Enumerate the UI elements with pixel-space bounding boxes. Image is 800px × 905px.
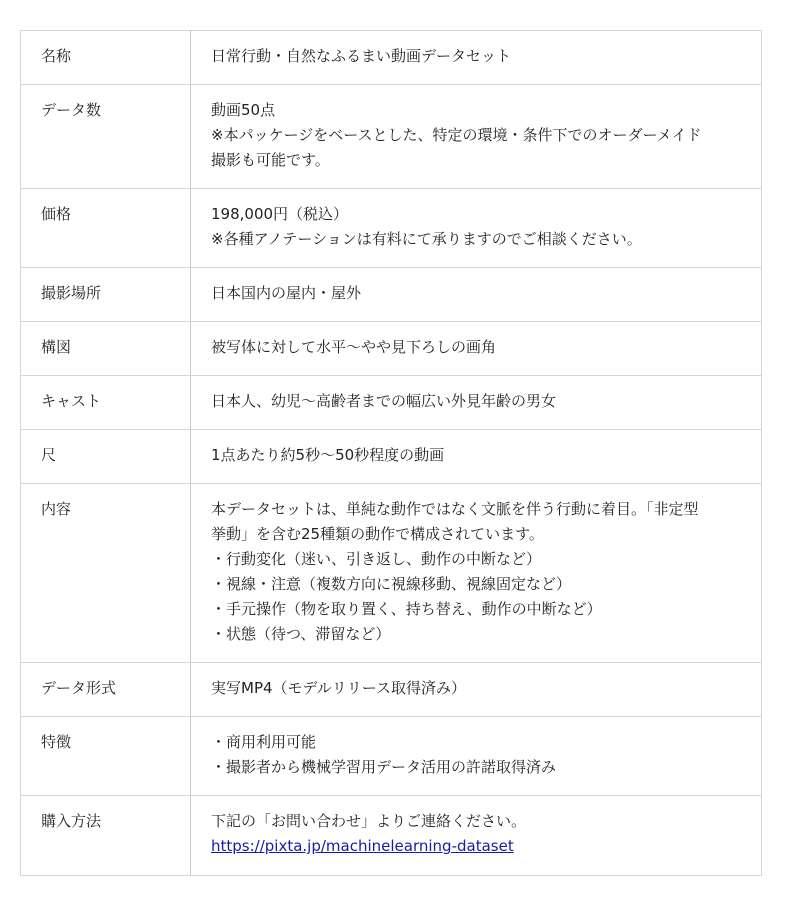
row-label: キャスト [21,376,191,430]
row-value: 本データセットは、単純な動作ではなく文脈を伴う行動に着目。「非定型 挙動」を含む… [191,484,762,663]
value-line: 被写体に対して水平〜やや見下ろしの画角 [211,335,741,360]
table-row-composition: 構図 被写体に対して水平〜やや見下ろしの画角 [21,322,762,376]
table-row-purchase: 購入方法 下記の「お問い合わせ」よりご連絡ください。 https://pixta… [21,796,762,876]
row-value: 日常行動・自然なふるまい動画データセット [191,31,762,85]
value-line: 日常行動・自然なふるまい動画データセット [211,44,741,69]
row-label: 撮影場所 [21,268,191,322]
value-line: ※本パッケージをベースとした、特定の環境・条件下でのオーダーメイド [211,123,741,148]
value-line: ・商用利用可能 [211,730,741,755]
table-row-location: 撮影場所 日本国内の屋内・屋外 [21,268,762,322]
row-label: 名称 [21,31,191,85]
table-row-data-count: データ数 動画50点 ※本パッケージをベースとした、特定の環境・条件下でのオーダ… [21,85,762,189]
value-line: ・行動変化（迷い、引き返し、動作の中断など） [211,547,741,572]
value-line: 日本人、幼児〜高齢者までの幅広い外見年齢の男女 [211,389,741,414]
value-line: ・手元操作（物を取り置く、持ち替え、動作の中断など） [211,597,741,622]
dataset-spec-table: 名称 日常行動・自然なふるまい動画データセット データ数 動画50点 ※本パッケ… [20,30,762,876]
row-label: 構図 [21,322,191,376]
row-label: データ数 [21,85,191,189]
row-value: 198,000円（税込） ※各種アノテーションは有料にて承りますのでご相談くださ… [191,189,762,268]
value-line: 動画50点 [211,98,741,123]
table-row-data-format: データ形式 実写MP4（モデルリリース取得済み） [21,663,762,717]
value-line: ・撮影者から機械学習用データ活用の許諾取得済み [211,755,741,780]
row-value: 被写体に対して水平〜やや見下ろしの画角 [191,322,762,376]
row-value: 1点あたり約5秒〜50秒程度の動画 [191,430,762,484]
value-line: ・視線・注意（複数方向に視線移動、視線固定など） [211,572,741,597]
row-label: 購入方法 [21,796,191,876]
row-value: 実写MP4（モデルリリース取得済み） [191,663,762,717]
row-value: 動画50点 ※本パッケージをベースとした、特定の環境・条件下でのオーダーメイド … [191,85,762,189]
table-row-name: 名称 日常行動・自然なふるまい動画データセット [21,31,762,85]
value-line: 本データセットは、単純な動作ではなく文脈を伴う行動に着目。「非定型 [211,497,741,522]
value-line: ※各種アノテーションは有料にて承りますのでご相談ください。 [211,227,741,252]
row-label: データ形式 [21,663,191,717]
row-label: 特徴 [21,717,191,796]
row-value: 下記の「お問い合わせ」よりご連絡ください。 https://pixta.jp/m… [191,796,762,876]
table-row-content: 内容 本データセットは、単純な動作ではなく文脈を伴う行動に着目。「非定型 挙動」… [21,484,762,663]
value-line: ・状態（待つ、滞留など） [211,622,741,647]
table-row-price: 価格 198,000円（税込） ※各種アノテーションは有料にて承りますのでご相談… [21,189,762,268]
row-label: 価格 [21,189,191,268]
value-line: 1点あたり約5秒〜50秒程度の動画 [211,443,741,468]
table-row-length: 尺 1点あたり約5秒〜50秒程度の動画 [21,430,762,484]
row-value: 日本人、幼児〜高齢者までの幅広い外見年齢の男女 [191,376,762,430]
value-line: 下記の「お問い合わせ」よりご連絡ください。 [211,809,741,834]
value-line: 日本国内の屋内・屋外 [211,281,741,306]
row-value: ・商用利用可能 ・撮影者から機械学習用データ活用の許諾取得済み [191,717,762,796]
row-label: 内容 [21,484,191,663]
row-label: 尺 [21,430,191,484]
table-row-cast: キャスト 日本人、幼児〜高齢者までの幅広い外見年齢の男女 [21,376,762,430]
row-value: 日本国内の屋内・屋外 [191,268,762,322]
value-line: 撮影も可能です。 [211,148,741,173]
value-line: 挙動」を含む25種類の動作で構成されています。 [211,522,741,547]
value-line: 198,000円（税込） [211,202,741,227]
value-line: 実写MP4（モデルリリース取得済み） [211,676,741,701]
dataset-link[interactable]: https://pixta.jp/machinelearning-dataset [211,834,741,859]
table-row-features: 特徴 ・商用利用可能 ・撮影者から機械学習用データ活用の許諾取得済み [21,717,762,796]
